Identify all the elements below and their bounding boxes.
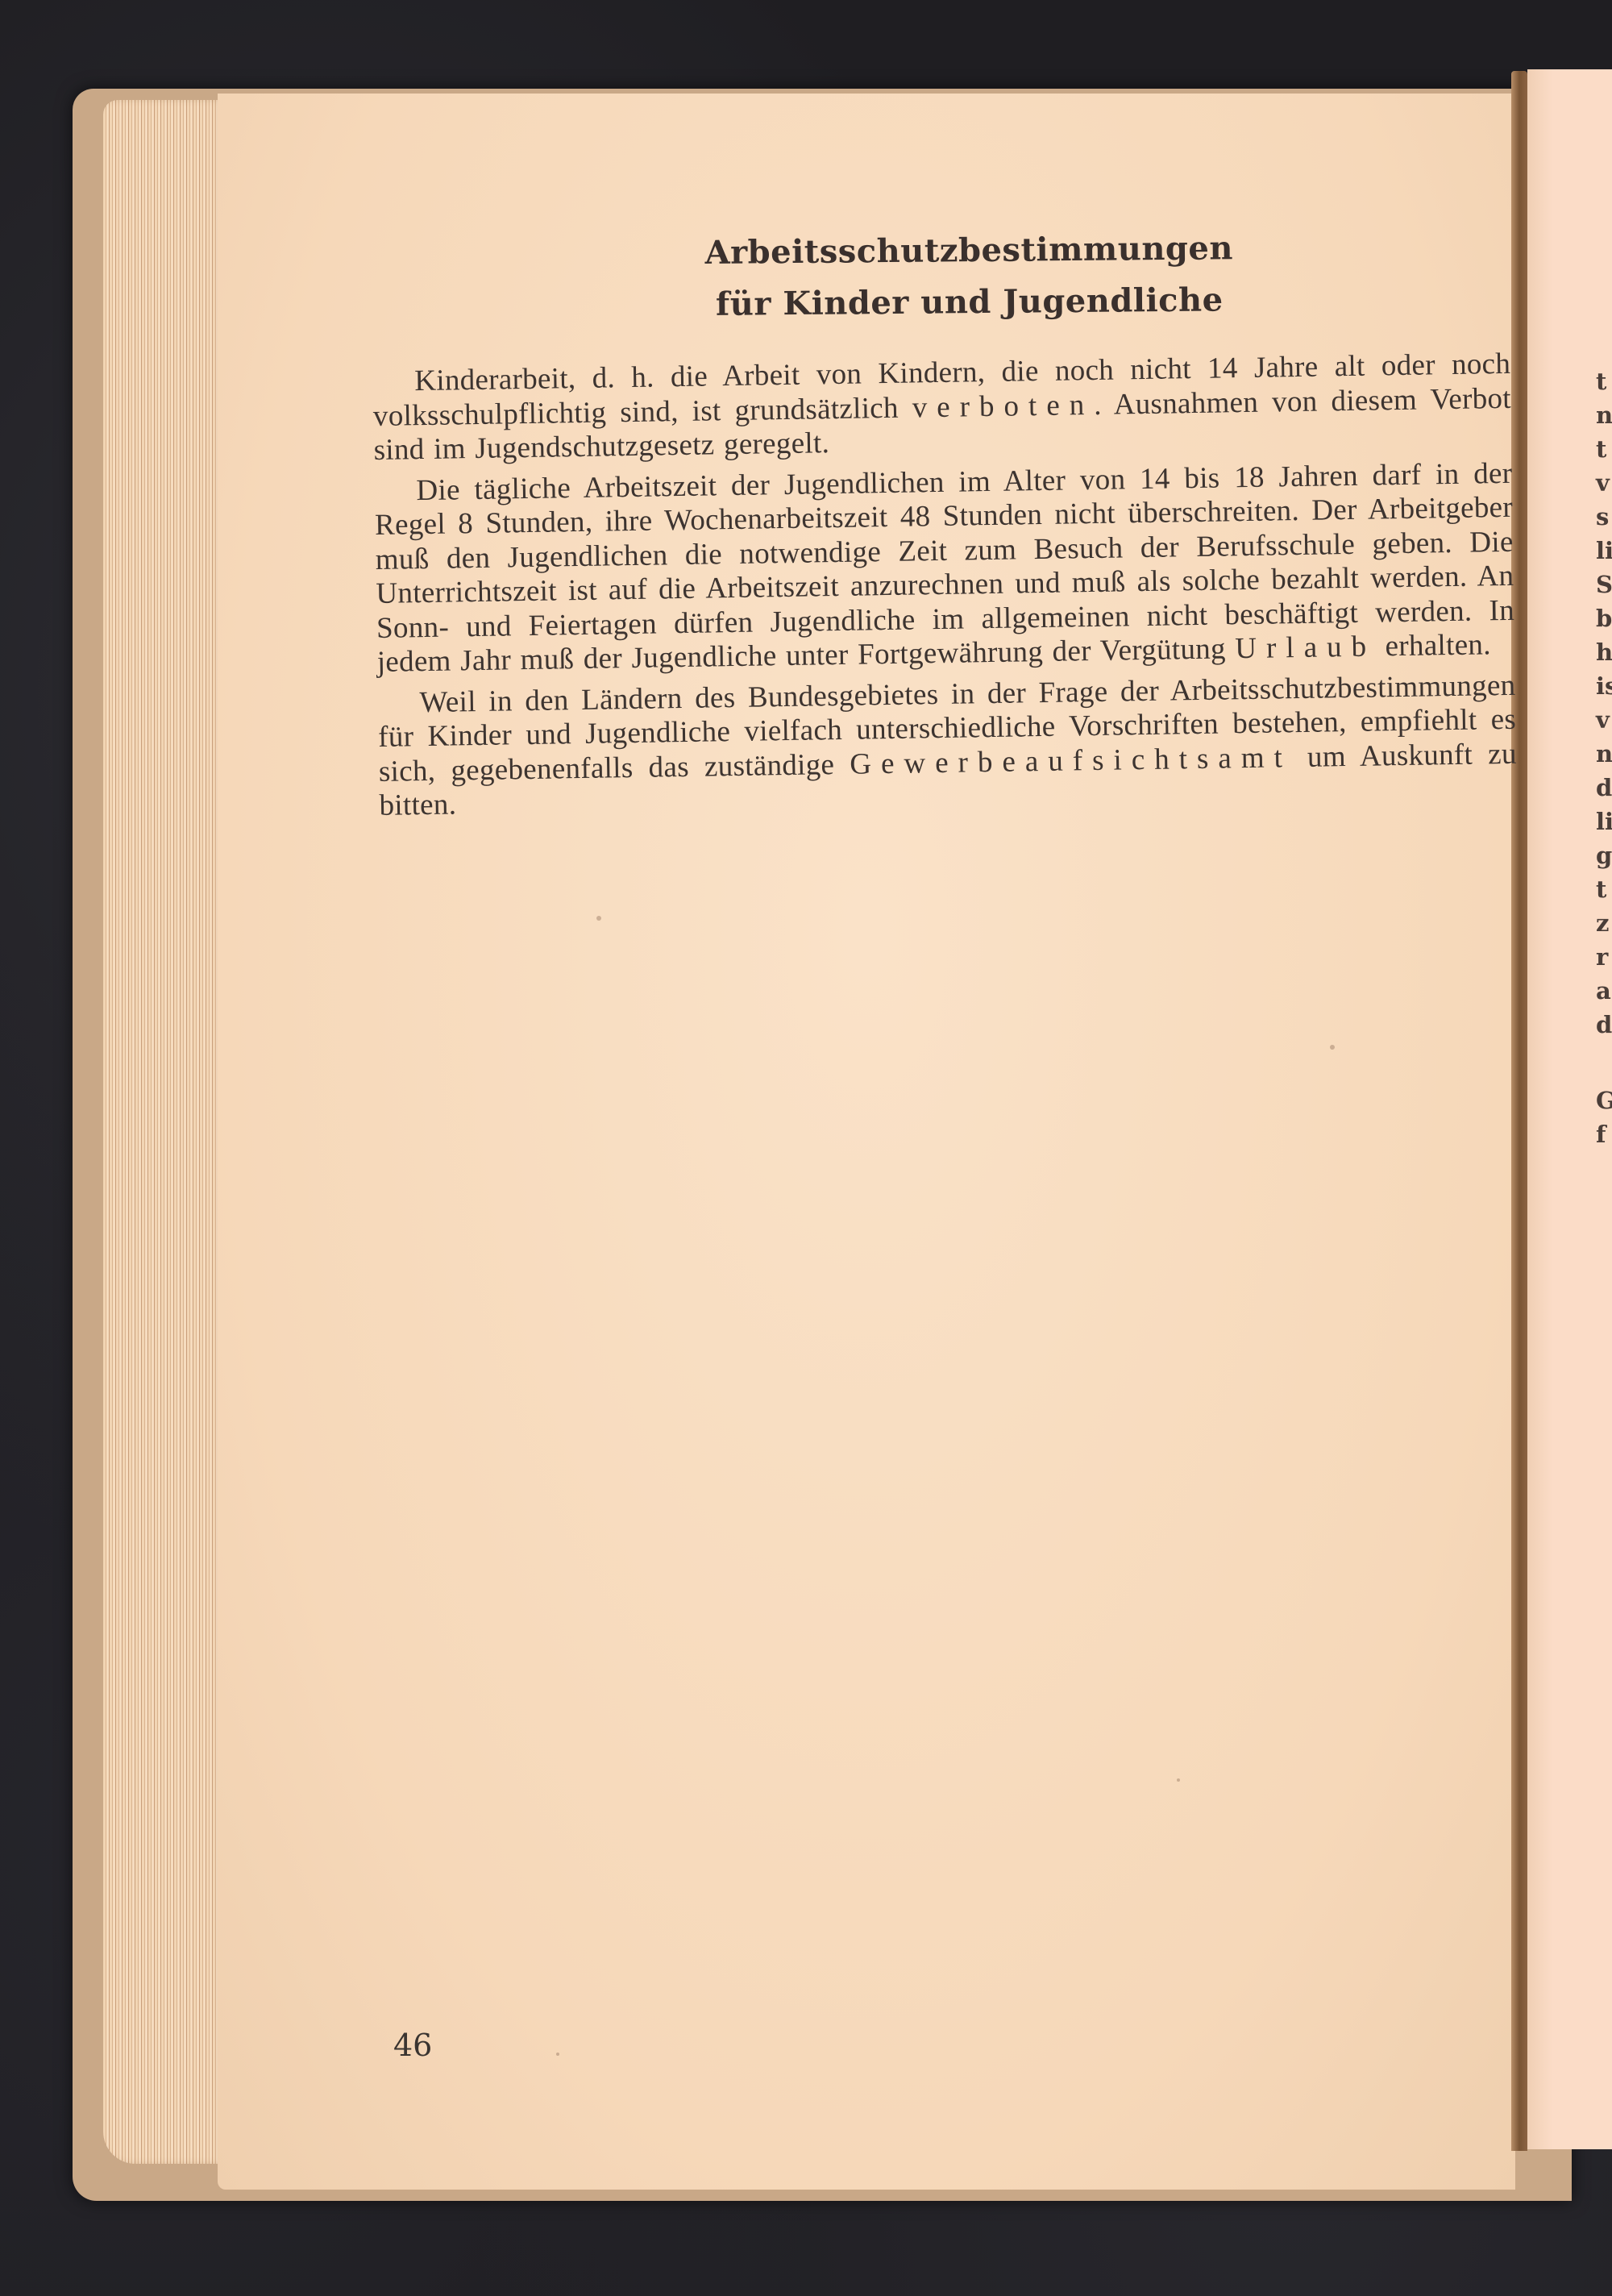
emphasized-word: Urlaub: [1235, 630, 1376, 665]
right-page-letter: [1596, 1042, 1612, 1084]
right-page-letter: t: [1596, 364, 1612, 398]
emphasized-word: Gewerbeaufsichtsamt: [850, 741, 1292, 781]
right-page-letter: r: [1596, 940, 1612, 974]
right-page-letter: f: [1596, 1117, 1612, 1151]
right-page-letter: v: [1596, 466, 1612, 500]
right-page-letter: g: [1596, 838, 1612, 872]
heading-line-2: für Kinder und Jugendliche: [428, 272, 1512, 333]
right-page-letter: S: [1596, 568, 1612, 601]
right-page-letter: s: [1596, 500, 1612, 534]
right-page-letter: is: [1596, 669, 1612, 703]
right-page-letter: t: [1596, 872, 1612, 906]
right-page-letter: li: [1596, 534, 1612, 568]
right-page-letter: h: [1596, 635, 1612, 669]
right-page-letter: n: [1596, 737, 1612, 771]
right-page-letter: a: [1596, 974, 1612, 1008]
page-heading: Arbeitsschutzbestimmungen für Kinder und…: [427, 220, 1511, 333]
paper-speck: [596, 916, 601, 921]
book-gutter: [1511, 71, 1527, 2151]
right-page-letter-column: t n t v s li S b h is v n d li g t z r a…: [1596, 364, 1612, 1151]
right-page-letter: b: [1596, 601, 1612, 635]
right-page-letter: li: [1596, 805, 1612, 838]
paper-speck: [1177, 1778, 1180, 1782]
right-page-letter: G: [1596, 1084, 1612, 1117]
paper-speck: [556, 2053, 559, 2056]
right-page-letter: d: [1596, 771, 1612, 805]
paper-speck: [1330, 1045, 1335, 1050]
right-page-letter: d: [1596, 1008, 1612, 1042]
emphasized-word: verboten: [912, 388, 1094, 424]
paragraph-child-labor: Kinderarbeit, d. h. die Arbeit von Kinde…: [372, 347, 1512, 468]
paragraph-regional-rules: Weil in den Ländern des Bundesgebietes i…: [377, 668, 1517, 823]
body-text: Kinderarbeit, d. h. die Arbeit von Kinde…: [372, 347, 1518, 824]
right-page-letter: n: [1596, 398, 1612, 432]
right-page-letter: t: [1596, 432, 1612, 466]
paragraph-text: erhalten.: [1376, 628, 1491, 663]
right-page-letter: z: [1596, 906, 1612, 940]
heading-line-1: Arbeitsschutzbestimmungen: [427, 220, 1511, 281]
page-content: Arbeitsschutzbestimmungen für Kinder und…: [372, 230, 1510, 830]
page-number: 46: [393, 2028, 432, 2063]
right-page-letter: v: [1596, 703, 1612, 737]
paragraph-working-hours: Die tägliche Arbeitszeit der Jugendliche…: [374, 456, 1515, 680]
page-edge-stack: [103, 100, 224, 2164]
